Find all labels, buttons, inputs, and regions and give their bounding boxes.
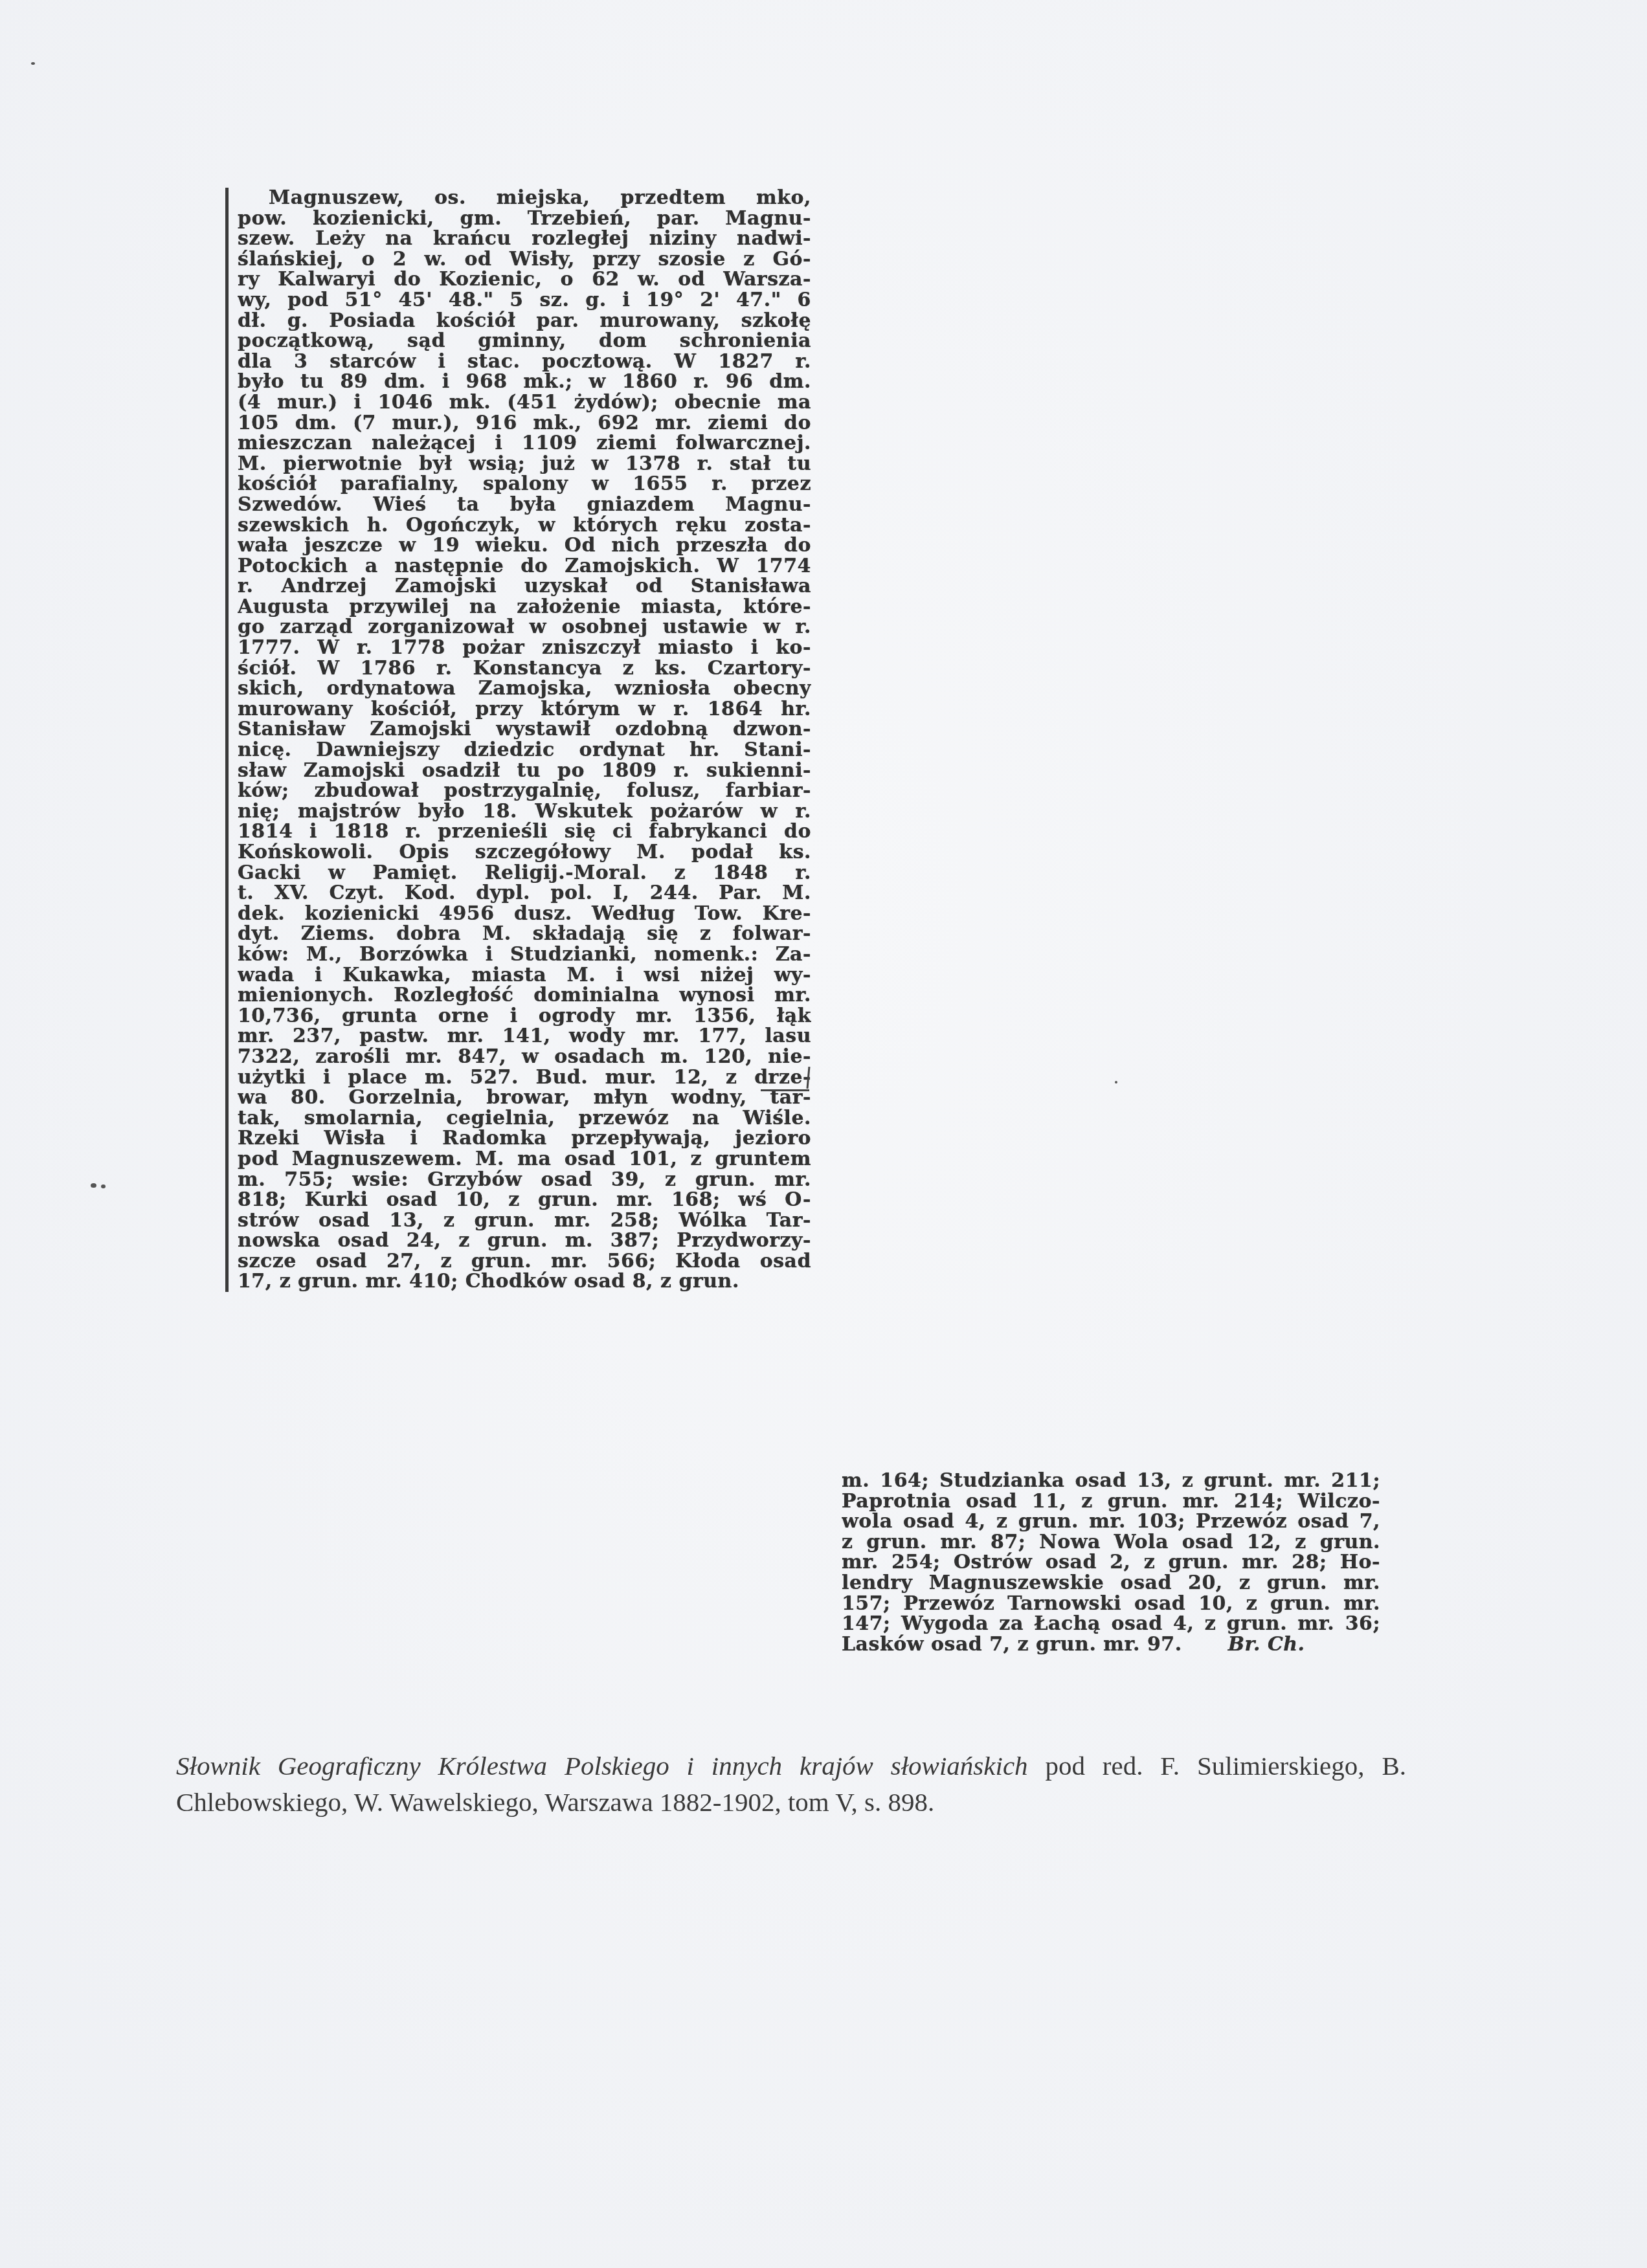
left-column-line: ków: M., Borzówka i Studzianki, nomenk.:…	[238, 944, 811, 965]
left-column-line: M. pierwotnie był wsią; już w 1378 r. st…	[238, 454, 811, 474]
right-column-line: 157; Przewóz Tarnowski osad 10, z grun. …	[842, 1594, 1380, 1614]
left-column-line: użytki i place m. 527. Bud. mur. 12, z d…	[238, 1067, 811, 1088]
citation-title: Słownik Geograficzny Królestwa Polskiego…	[176, 1751, 1028, 1781]
left-column-line: sław Zamojski osadził tu po 1809 r. suki…	[238, 761, 811, 781]
left-column-line: pow. kozienicki, gm. Trzebień, par. Magn…	[238, 208, 811, 229]
left-column-line: Augusta przywilej na założenie miasta, k…	[238, 597, 811, 617]
left-column-line: tak, smolarnia, cegielnia, przewóz na Wi…	[238, 1108, 811, 1129]
left-column-line: 17, z grun. mr. 410; Chodków osad 8, z g…	[238, 1271, 811, 1292]
left-column-line: ków; zbudował postrzygalnię, folusz, far…	[238, 781, 811, 801]
left-column-line: pod Magnuszewem. M. ma osad 101, z grunt…	[238, 1149, 811, 1170]
left-column-line: dł. g. Posiada kościół par. murowany, sz…	[238, 311, 811, 331]
left-column-line: mienionych. Rozległość dominialna wynosi…	[238, 985, 811, 1006]
left-column-line: mr. 237, pastw. mr. 141, wody mr. 177, l…	[238, 1026, 811, 1047]
left-column-line: (4 mur.) i 1046 mk. (451 żydów); obecnie…	[238, 392, 811, 413]
scan-speck	[1115, 1081, 1117, 1084]
left-column-line: kościół parafialny, spalony w 1655 r. pr…	[238, 474, 811, 495]
left-column-line: Stanisław Zamojski wystawił ozdobną dzwo…	[238, 719, 811, 740]
right-column-line: Paprotnia osad 11, z grun. mr. 214; Wilc…	[842, 1491, 1380, 1512]
left-column-line: Końskowoli. Opis szczegółowy M. podał ks…	[238, 842, 811, 863]
right-column-line: m. 164; Studzianka osad 13, z grunt. mr.…	[842, 1471, 1380, 1491]
left-column-line: r. Andrzej Zamojski uzyskał od Stanisław…	[238, 576, 811, 597]
left-column-line: nię; majstrów było 18. Wskutek pożarów w…	[238, 801, 811, 822]
left-column-line: strów osad 13, z grun. mr. 258; Wólka Ta…	[238, 1210, 811, 1231]
left-column-line: ślańskiej, o 2 w. od Wisły, przy szosie …	[238, 249, 811, 270]
left-column-line: 1814 i 1818 r. przenieśli się ci fabryka…	[238, 821, 811, 842]
left-column-line: Gacki w Pamięt. Religij.-Moral. z 1848 r…	[238, 863, 811, 884]
scan-speck	[31, 62, 35, 65]
left-column-line: było tu 89 dm. i 968 mk.; w 1860 r. 96 d…	[238, 372, 811, 392]
left-column-line: murowany kościół, przy którym w r. 1864 …	[238, 699, 811, 720]
left-column-line: mieszczan należącej i 1109 ziemi folwarc…	[238, 433, 811, 454]
left-column-line: wy, pod 51° 45' 48." 5 sz. g. i 19° 2' 4…	[238, 290, 811, 311]
scan-speck	[101, 1184, 106, 1188]
left-column-line: m. 755; wsie: Grzybów osad 39, z grun. m…	[238, 1170, 811, 1190]
left-column-line: Szwedów. Wieś ta była gniazdem Magnu-	[238, 495, 811, 515]
left-column-line: ściół. W 1786 r. Konstancya z ks. Czarto…	[238, 658, 811, 679]
right-column-line: mr. 254; Ostrów osad 2, z grun. mr. 28; …	[842, 1552, 1380, 1573]
right-column-line: z grun. mr. 87; Nowa Wola osad 12, z gru…	[842, 1532, 1380, 1553]
left-column-line: skich, ordynatowa Zamojska, wzniosła obe…	[238, 678, 811, 699]
left-column-line: dek. kozienicki 4956 dusz. Według Tow. K…	[238, 904, 811, 924]
left-column-line: Rzeki Wisła i Radomka przepływają, jezio…	[238, 1128, 811, 1149]
right-column-last-line: Lasków osad 7, z grun. mr. 97. Br. Ch.	[842, 1634, 1380, 1655]
scanned-page: Magnuszew, os. miejska, przedtem mko,pow…	[0, 0, 1647, 2268]
left-column-line: t. XV. Czyt. Kod. dypl. pol. I, 244. Par…	[238, 883, 811, 904]
last-line-text: Lasków osad 7, z grun. mr. 97.	[842, 1634, 1182, 1655]
left-column-line: wała jeszcze w 19 wieku. Od nich przeszł…	[238, 535, 811, 556]
left-column-line: szewskich h. Ogończyk, w których ręku zo…	[238, 515, 811, 536]
left-column-line: go zarząd zorganizował w osobnej ustawie…	[238, 617, 811, 638]
author-signature: Br. Ch.	[1228, 1634, 1305, 1655]
left-column-line: szcze osad 27, z grun. mr. 566; Kłoda os…	[238, 1251, 811, 1272]
left-column-line: 818; Kurki osad 10, z grun. mr. 168; wś …	[238, 1190, 811, 1210]
left-column-line: Magnuszew, os. miejska, przedtem mko,	[238, 188, 811, 208]
left-column-line: 105 dm. (7 mur.), 916 mk., 692 mr. ziemi…	[238, 413, 811, 434]
left-column-line: nowska osad 24, z grun. m. 387; Przydwor…	[238, 1230, 811, 1251]
left-column-line: 7322, zarośli mr. 847, w osadach m. 120,…	[238, 1047, 811, 1067]
left-column-line: dla 3 starców i stac. pocztową. W 1827 r…	[238, 351, 811, 372]
left-column-line: szew. Leży na krańcu rozległej niziny na…	[238, 228, 811, 249]
left-column-line: nicę. Dawniejszy dziedzic ordynat hr. St…	[238, 740, 811, 761]
right-column-line: wola osad 4, z grun. mr. 103; Przewóz os…	[842, 1511, 1380, 1532]
right-column-clipping: m. 164; Studzianka osad 13, z grunt. mr.…	[842, 1471, 1385, 1654]
left-column-clipping: Magnuszew, os. miejska, przedtem mko,pow…	[225, 188, 820, 1292]
right-column-line: 147; Wygoda za Łachą osad 4, z grun. mr.…	[842, 1614, 1380, 1634]
left-column-line: ry Kalwaryi do Kozienic, o 62 w. od Wars…	[238, 269, 811, 290]
right-column-line: lendry Magnuszewskie osad 20, z grun. mr…	[842, 1573, 1380, 1594]
left-column-line: początkową, sąd gminny, dom schronienia	[238, 331, 811, 351]
left-column-line: 10,736, grunta orne i ogrody mr. 1356, ł…	[238, 1006, 811, 1027]
left-column-line: 1777. W r. 1778 pożar zniszczył miasto i…	[238, 638, 811, 658]
scan-speck	[91, 1183, 96, 1188]
left-column-line: wada i Kukawka, miasta M. i wsi niżej wy…	[238, 965, 811, 986]
left-column-line: wa 80. Gorzelnia, browar, młyn wodny, ta…	[238, 1087, 811, 1108]
source-citation: Słownik Geograficzny Królestwa Polskiego…	[176, 1748, 1406, 1820]
handwritten-mark	[761, 1089, 809, 1091]
left-column-line: Potockich a następnie do Zamojskich. W 1…	[238, 556, 811, 577]
left-column-line: dyt. Ziems. dobra M. składają się z folw…	[238, 924, 811, 944]
